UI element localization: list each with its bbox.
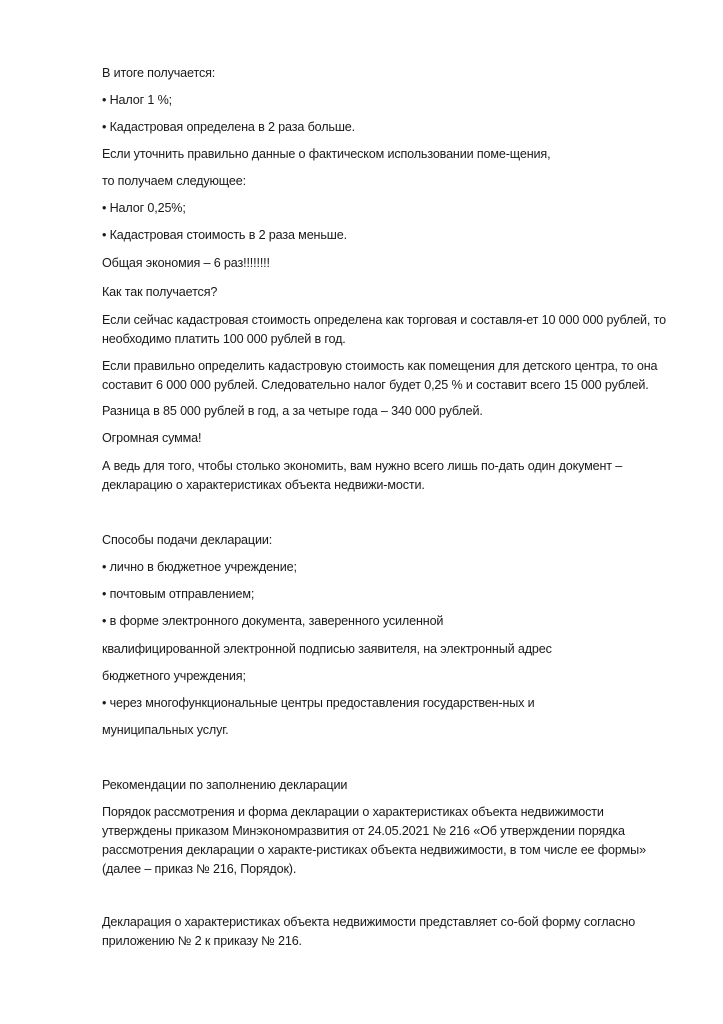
example-current-paragraph: Если сейчас кадастровая стоимость опреде… — [102, 311, 662, 330]
method-item: • в форме электронного документа, завере… — [102, 612, 662, 631]
method-item: • через многофункциональные центры предо… — [102, 694, 662, 713]
difference: Разница в 85 000 рублей в год, а за четы… — [102, 402, 662, 421]
huge-sum: Огромная сумма! — [102, 429, 662, 448]
method-item: • почтовым отправлением; — [102, 585, 662, 604]
total-savings: Общая экономия – 6 раз!!!!!!!! — [102, 254, 662, 273]
summary-bullet-cadastral: • Кадастровая определена в 2 раза больше… — [102, 118, 662, 137]
one-document-paragraph: А ведь для того, чтобы столько экономить… — [102, 457, 662, 476]
method-item-continued: бюджетного учреждения; — [102, 667, 662, 686]
how-question: Как так получается? — [102, 283, 662, 302]
clarify-line: Если уточнить правильно данные о фактиче… — [102, 145, 662, 164]
order-paragraph: (далее – приказ № 216, Порядок). — [102, 860, 662, 879]
example-correct-paragraph: составит 6 000 000 рублей. Следовательно… — [102, 376, 662, 395]
methods-heading: Способы подачи декларации: — [102, 531, 662, 550]
summary-intro: В итоге получается: — [102, 64, 662, 83]
one-document-paragraph: декларацию о характеристиках объекта нед… — [102, 476, 662, 495]
summary-bullet-tax: • Налог 1 %; — [102, 91, 662, 110]
result-bullet-cadastral: • Кадастровая стоимость в 2 раза меньше. — [102, 226, 662, 245]
recommendations-heading: Рекомендации по заполнению декларации — [102, 776, 662, 795]
method-item-continued: квалифицированной электронной подписью з… — [102, 640, 662, 659]
order-paragraph: рассмотрения декларации о характе-ристик… — [102, 841, 662, 860]
order-paragraph: утверждены приказом Минэкономразвития от… — [102, 822, 662, 841]
form-paragraph: Декларация о характеристиках объекта нед… — [102, 913, 662, 932]
method-item: • лично в бюджетное учреждение; — [102, 558, 662, 577]
order-paragraph: Порядок рассмотрения и форма декларации … — [102, 803, 662, 822]
form-paragraph: приложению № 2 к приказу № 216. — [102, 932, 662, 951]
example-current-paragraph: необходимо платить 100 000 рублей в год. — [102, 330, 662, 349]
clarify-line: то получаем следующее: — [102, 172, 662, 191]
result-bullet-tax: • Налог 0,25%; — [102, 199, 662, 218]
document-page: В итоге получается: • Налог 1 %; • Кадас… — [0, 0, 723, 1024]
example-correct-paragraph: Если правильно определить кадастровую ст… — [102, 357, 662, 376]
method-item-continued: муниципальных услуг. — [102, 721, 662, 740]
